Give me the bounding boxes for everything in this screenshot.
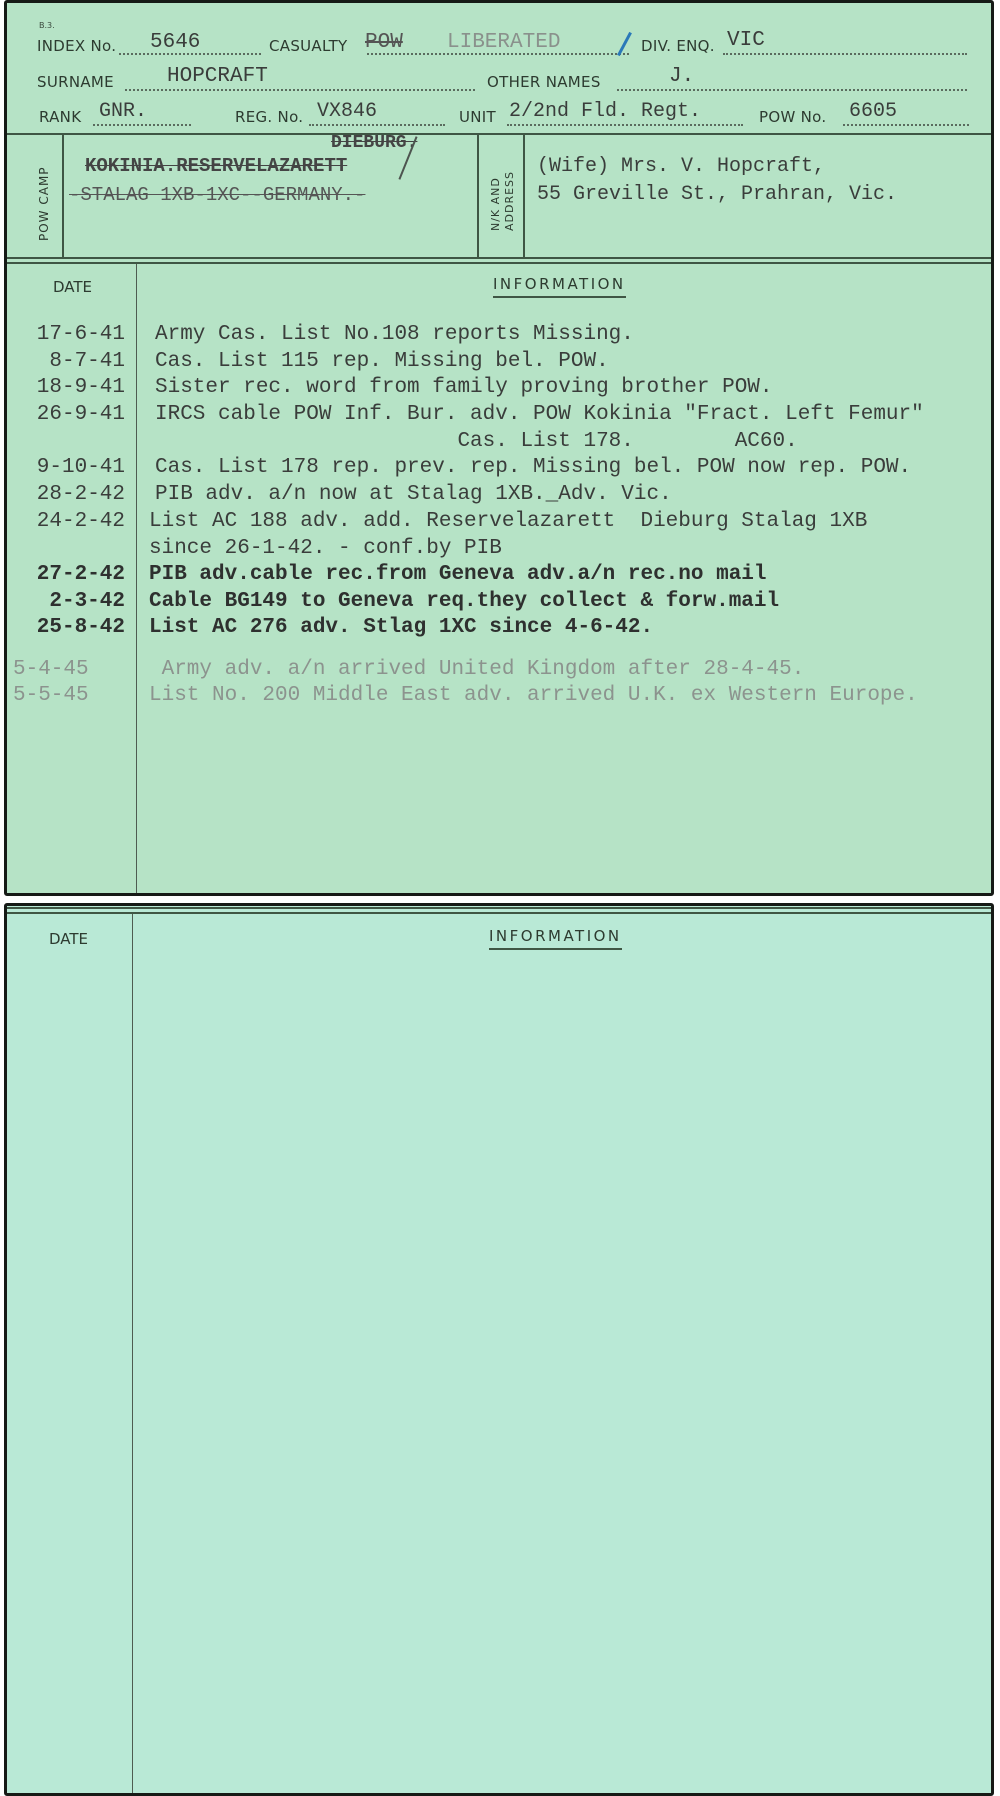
entry-information: Sister rec. word from family proving bro… [155,376,773,399]
dotted-rule [93,124,191,126]
dotted-rule [723,53,967,55]
dotted-rule [617,89,967,91]
nok-label-line1: N/K AND [489,177,502,231]
rule [7,907,994,909]
entry-information: since 26-1-42. - conf.by PIB [149,537,502,560]
pow-camp-line2: -STALAG 1XB-1XC--GERMANY.- [69,184,365,206]
date-column-header: DATE [53,278,92,296]
date-column-header: DATE [49,930,88,948]
column-divider [136,264,137,896]
entry-date: 24-2-42 [7,510,125,533]
pow-camp-line1: KOKINIA.RESERVELAZARETT [85,155,347,177]
entry-information: List AC 276 adv. Stlag 1XC since 4-6-42. [149,616,653,639]
nok-line1: (Wife) Mrs. V. Hopcraft, [537,155,825,178]
entry-date: 28-2-42 [7,483,125,506]
other-names-value: J. [669,65,694,88]
dotted-rule [843,124,969,126]
rule [477,134,479,258]
unit-value: 2/2nd Fld. Regt. [509,100,701,123]
rule [7,133,994,135]
column-divider [132,914,133,1796]
entry-date: 17-6-41 [7,323,125,346]
record-card-front: B.3. INDEX No. 5646 CASUALTY POW LIBERAT… [4,0,994,896]
surname-label: SURNAME [37,73,114,91]
entry-information: Army Cas. List No.108 reports Missing. [155,323,634,346]
pow-no-label: POW No. [759,108,826,126]
entry-information: List No. 200 Middle East adv. arrived U.… [149,684,918,707]
surname-value: HOPCRAFT [167,65,268,88]
dotted-rule [125,89,475,91]
rule [62,134,64,258]
div-enq-value: VIC [727,29,765,52]
form-code: B.3. [39,21,55,30]
entry-information: Cas. List 115 rep. Missing bel. POW. [155,350,609,373]
entry-information: List AC 188 adv. add. Reservelazarett Di… [149,510,867,533]
entry-date: 26-9-41 [7,403,125,426]
rule [7,257,994,259]
pow-camp-label: POW CAMP [37,166,51,241]
entry-information: IRCS cable POW Inf. Bur. adv. POW Kokini… [155,403,924,426]
rank-label: RANK [39,108,81,126]
dotted-rule [507,124,743,126]
entry-date: 8-7-41 [7,350,125,373]
pow-no-value: 6605 [849,100,897,123]
information-column-header: INFORMATION [493,275,626,298]
entry-information: PIB adv.cable rec.from Geneva adv.a/n re… [149,563,767,586]
casualty-value: LIBERATED [447,31,560,54]
information-column-header: INFORMATION [489,927,622,950]
entry-information: Cable BG149 to Geneva req.they collect &… [149,590,779,613]
casualty-struck-value: POW [365,31,403,54]
rank-value: GNR. [99,100,147,123]
entry-date: 27-2-42 [7,563,125,586]
record-card-back: DATE INFORMATION [4,903,994,1796]
div-enq-label: DIV. ENQ. [641,37,715,55]
unit-label: UNIT [459,108,496,126]
pow-camp-struck-dieburg: DIEBURG. [331,133,417,153]
rule [523,134,525,258]
index-value: 5646 [150,31,200,54]
entry-information: PIB adv. a/n now at Stalag 1XB._Adv. Vic… [155,483,672,506]
entry-date: 2-3-42 [7,590,125,613]
entry-date: 25-8-42 [7,616,125,639]
entry-information: Cas. List 178. AC60. [155,430,798,453]
reg-no-label: REG. No. [235,108,303,126]
rule [7,262,994,264]
entry-date: 5-4-45 [13,658,131,681]
other-names-label: OTHER NAMES [487,73,601,91]
nok-line2: 55 Greville St., Prahran, Vic. [537,183,897,206]
entry-date: 18-9-41 [7,376,125,399]
casualty-label: CASUALTY [269,37,348,55]
entry-information: Cas. List 178 rep. prev. rep. Missing be… [155,456,911,479]
nok-label-line2: ADDRESS [503,171,516,231]
entry-date: 9-10-41 [7,456,125,479]
reg-no-value: VX846 [317,100,377,123]
dotted-rule [309,124,445,126]
index-label: INDEX No. [37,37,116,55]
entry-information: Army adv. a/n arrived United Kingdom aft… [149,658,804,681]
rule [7,912,994,914]
entry-date: 5-5-45 [13,684,131,707]
